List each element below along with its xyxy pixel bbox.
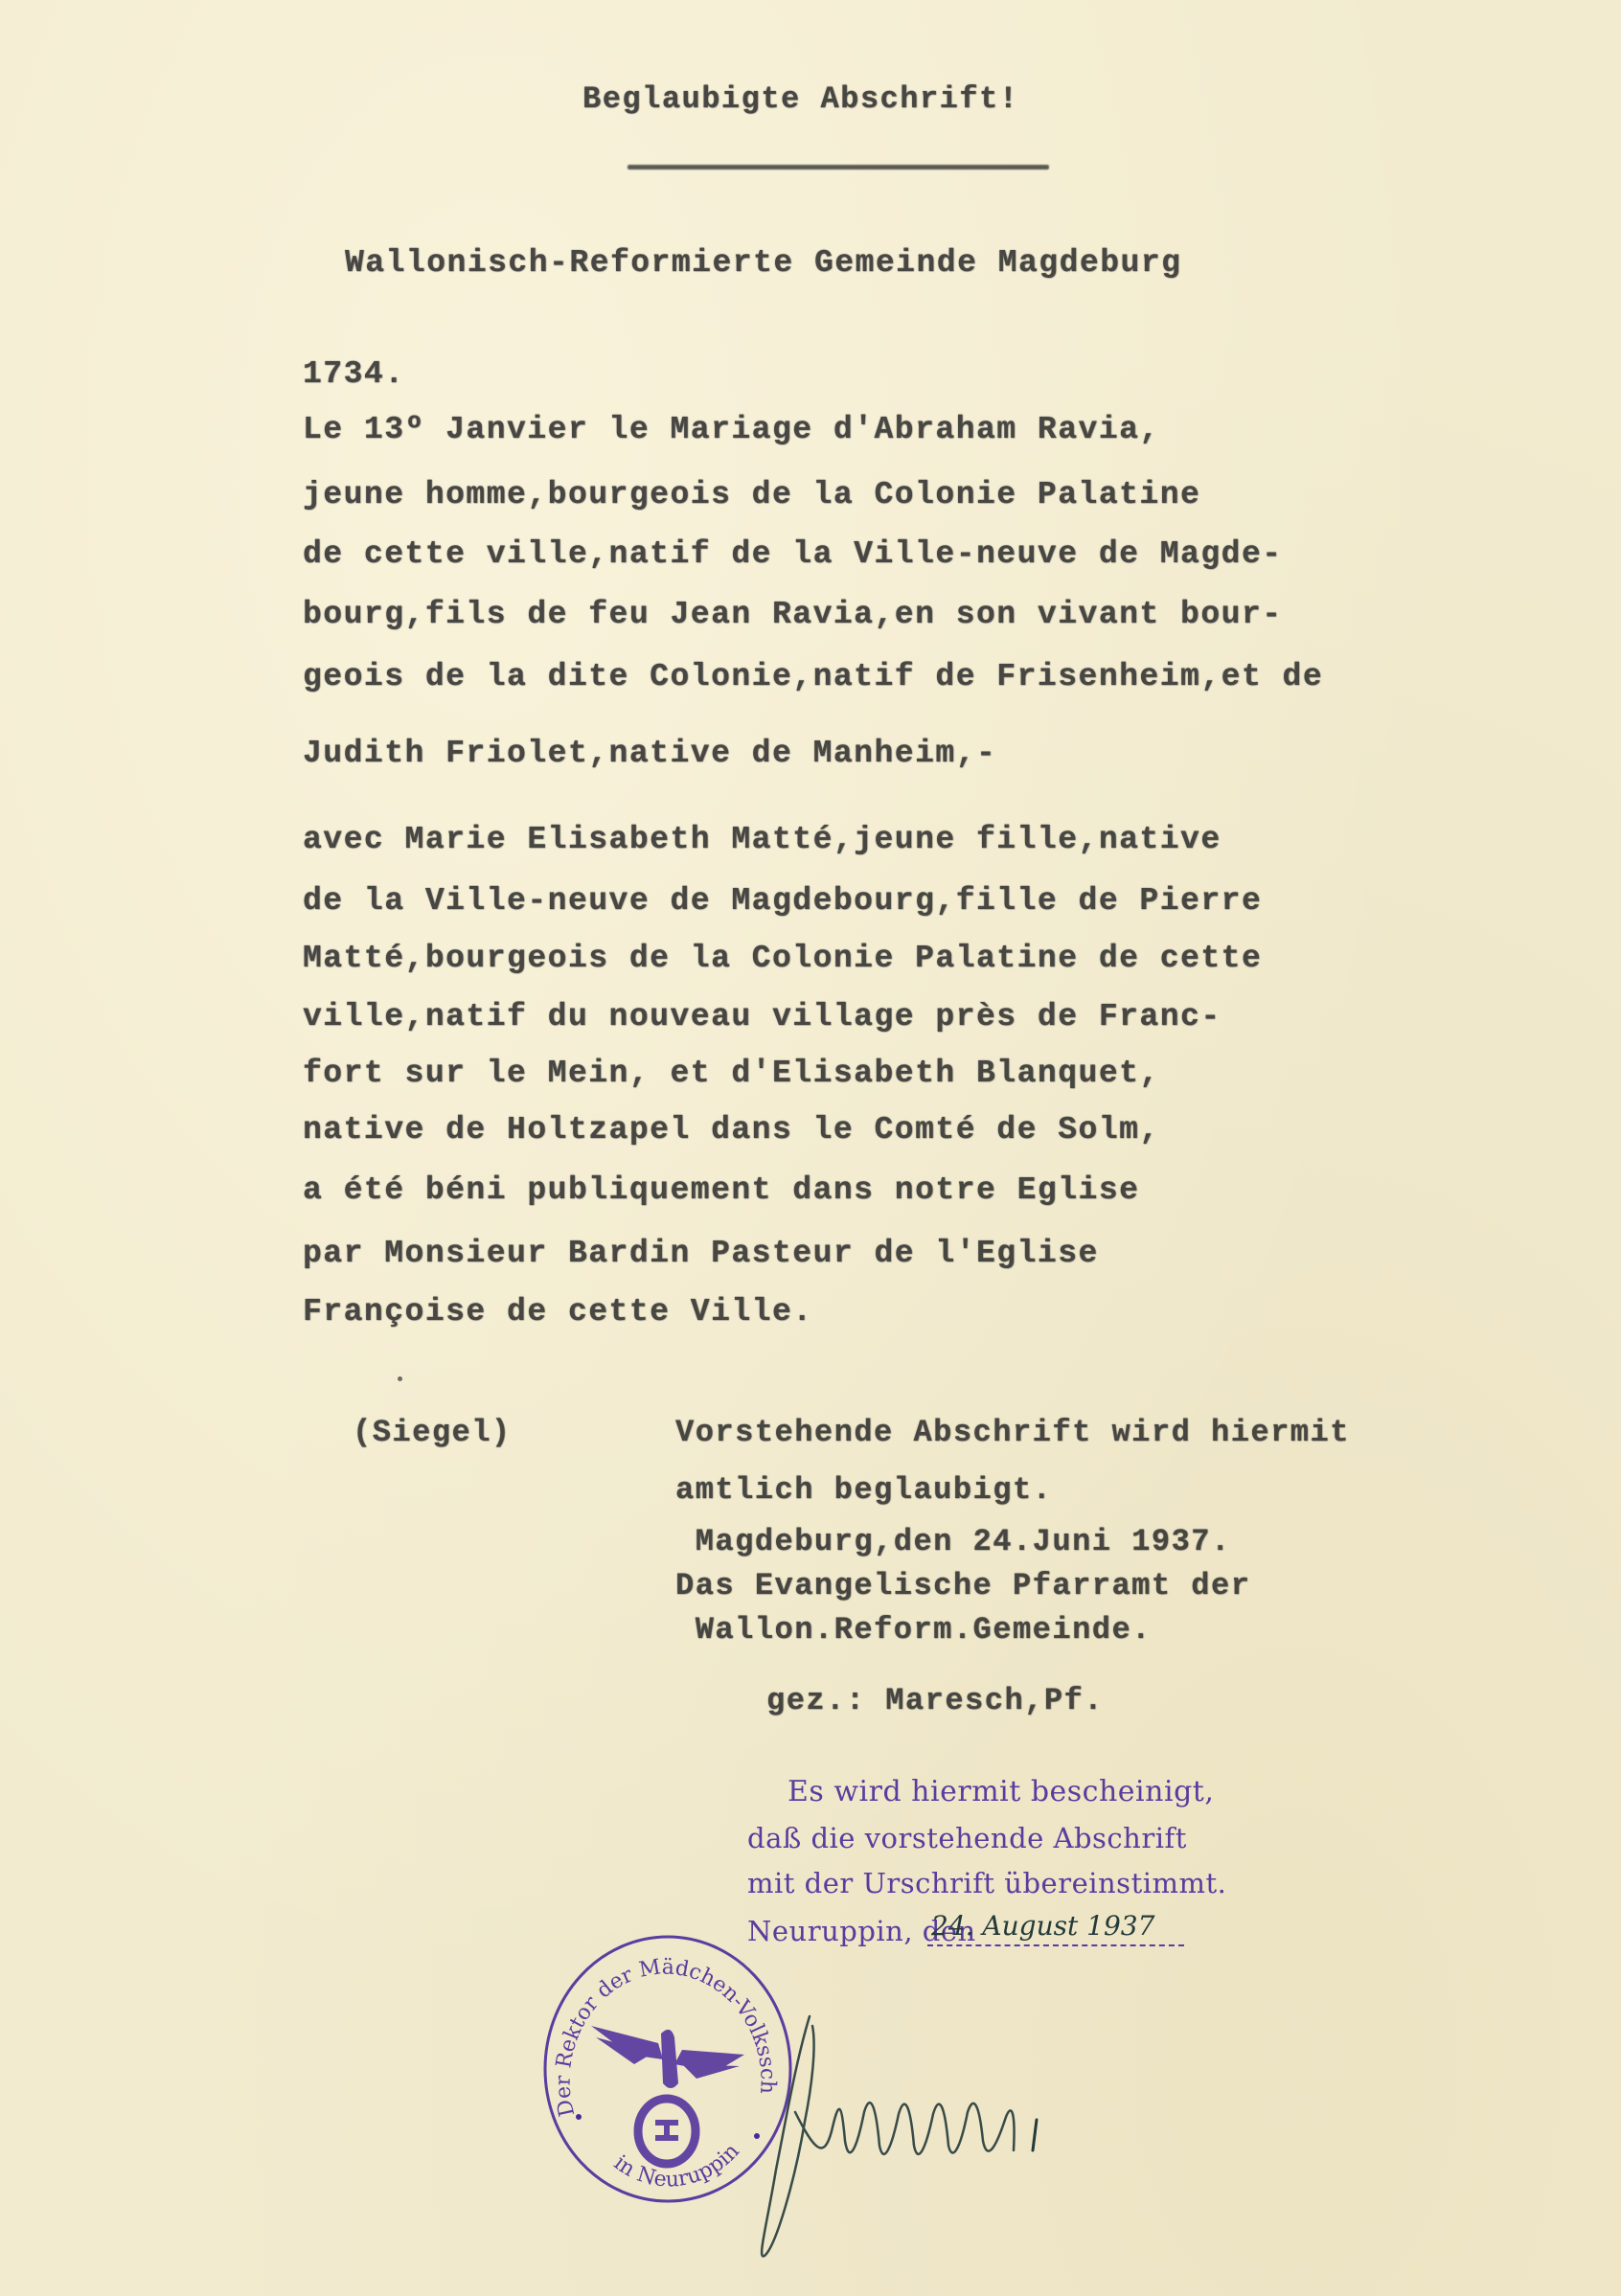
body-line: par Monsieur Bardin Pasteur de l'Eglise xyxy=(303,1238,1099,1269)
body-line: de cette ville,natif de la Ville-neuve d… xyxy=(303,538,1283,570)
body-line: de la Ville-neuve de Magdebourg,fille de… xyxy=(303,885,1262,917)
stamp-line: mit der Urschrift übereinstimmt. xyxy=(747,1870,1226,1898)
certification-line: amtlich beglaubigt. xyxy=(675,1475,1052,1506)
svg-text:Der Rektor der Mädchen-Volkssc: Der Rektor der Mädchen-Volksschule xyxy=(538,1930,780,2119)
title-underline xyxy=(628,165,1049,170)
body-line: Françoise de cette Ville. xyxy=(303,1296,813,1328)
ink-speck xyxy=(398,1376,402,1381)
body-line: fort sur le Mein, et d'Elisabeth Blanque… xyxy=(303,1057,1160,1089)
signed-by: gez.: Maresch,Pf. xyxy=(766,1686,1104,1716)
body-line: Le 13º Janvier le Mariage d'Abraham Ravi… xyxy=(303,414,1160,445)
seal-label: (Siegel) xyxy=(353,1418,512,1448)
body-line: native de Holtzapel dans le Comté de Sol… xyxy=(303,1114,1160,1146)
body-line: Judith Friolet,native de Manheim,- xyxy=(303,738,996,769)
body-line: geois de la dite Colonie,natif de Frisen… xyxy=(303,661,1323,693)
body-line: avec Marie Elisabeth Matté,jeune fille,n… xyxy=(303,824,1221,855)
body-line: a été béni publiquement dans notre Eglis… xyxy=(303,1174,1139,1206)
congregation-heading: Wallonisch-Reformierte Gemeinde Magdebur… xyxy=(345,247,1181,279)
record-year: 1734. xyxy=(303,358,405,390)
certification-line: Das Evangelische Pfarramt der xyxy=(675,1571,1250,1602)
stamp-line: Es wird hiermit bescheinigt, xyxy=(788,1778,1214,1807)
date-dotted-line xyxy=(927,1944,1184,1946)
body-line: Matté,bourgeois de la Colonie Palatine d… xyxy=(303,943,1262,974)
body-line: jeune homme,bourgeois de la Colonie Pala… xyxy=(303,479,1200,511)
certification-line: Wallon.Reform.Gemeinde. xyxy=(675,1615,1152,1646)
stamp-line: daß die vorstehende Abschrift xyxy=(747,1825,1187,1853)
document-title: Beglaubigte Abschrift! xyxy=(582,84,1018,115)
body-line: ville,natif du nouveau village près de F… xyxy=(303,1001,1221,1033)
handwritten-date: 24. August 1937 xyxy=(931,1910,1154,1942)
handwritten-signature xyxy=(757,2007,1159,2265)
paper-background xyxy=(0,0,1621,2296)
body-line: bourg,fils de feu Jean Ravia,en son viva… xyxy=(303,599,1283,630)
seal-text-top: Der Rektor der Mädchen-Volksschule xyxy=(538,1930,780,2119)
certification-line: Magdeburg,den 24.Juni 1937. xyxy=(675,1527,1231,1557)
certification-line: Vorstehende Abschrift wird hiermit xyxy=(675,1418,1350,1448)
